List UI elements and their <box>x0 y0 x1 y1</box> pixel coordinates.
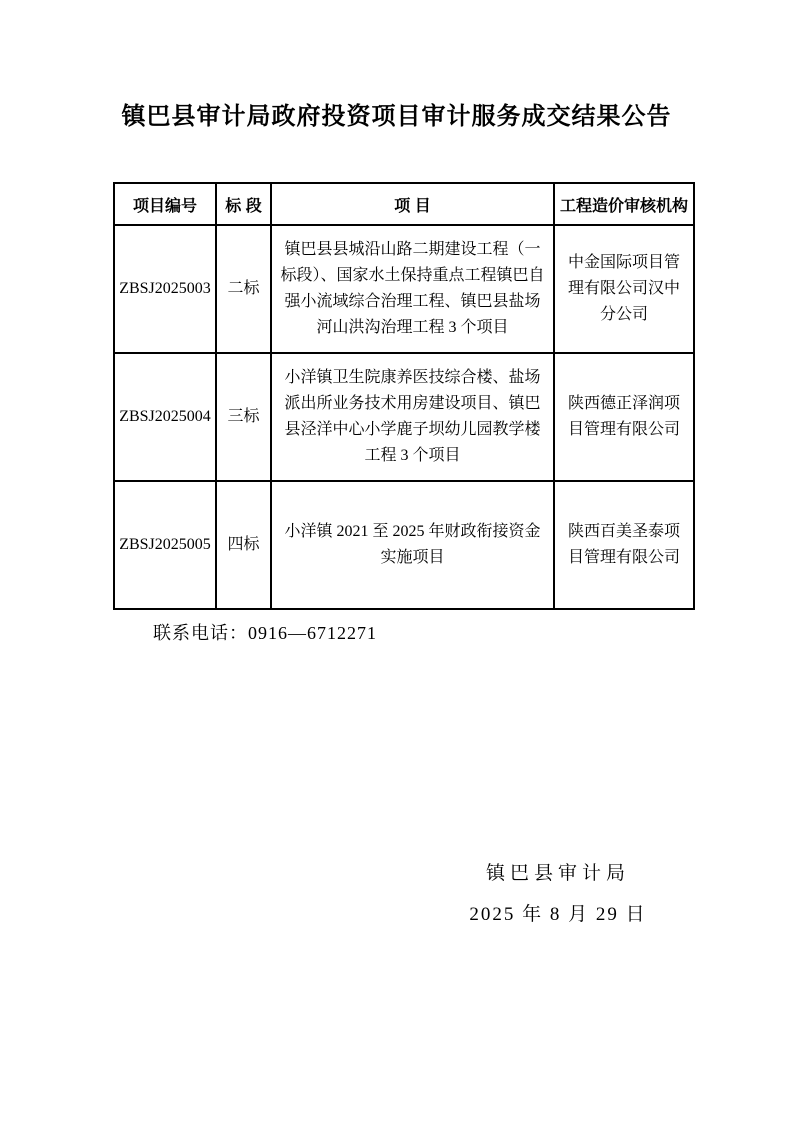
project-name-cell: 小洋镇卫生院康养医技综合楼、盐场派出所业务技术用房建设项目、镇巴县泾洋中心小学鹿… <box>271 353 554 481</box>
table-row: ZBSJ2025004 三标 小洋镇卫生院康养医技综合楼、盐场派出所业务技术用房… <box>114 353 694 481</box>
contact-label: 联系电话： <box>153 623 248 643</box>
issue-date: 2025 年 8 月 29 日 <box>378 902 738 928</box>
document-page: 镇巴县审计局政府投资项目审计服务成交结果公告 项目编号 标 段 项 目 工程造价… <box>0 0 793 1122</box>
results-table: 项目编号 标 段 项 目 工程造价审核机构 ZBSJ2025003 二标 镇巴县… <box>113 182 695 610</box>
table-row: ZBSJ2025005 四标 小洋镇 2021 至 2025 年财政衔接资金实施… <box>114 481 694 609</box>
column-header-bid-section: 标 段 <box>216 183 271 225</box>
agency-cell: 陕西德正泽润项目管理有限公司 <box>554 353 694 481</box>
bid-section-cell: 三标 <box>216 353 271 481</box>
project-code-cell: ZBSJ2025004 <box>114 353 216 481</box>
column-header-cost-review-agency: 工程造价审核机构 <box>554 183 694 225</box>
contact-phone-number: 0916—6712271 <box>248 623 377 643</box>
bid-section-cell: 二标 <box>216 225 271 353</box>
project-code-cell: ZBSJ2025005 <box>114 481 216 609</box>
agency-cell: 陕西百美圣泰项目管理有限公司 <box>554 481 694 609</box>
project-name-cell: 小洋镇 2021 至 2025 年财政衔接资金实施项目 <box>271 481 554 609</box>
column-header-project-code: 项目编号 <box>114 183 216 225</box>
column-header-project: 项 目 <box>271 183 554 225</box>
table-header-row: 项目编号 标 段 项 目 工程造价审核机构 <box>114 183 694 225</box>
contact-line: 联系电话：0916—6712271 <box>153 619 377 645</box>
signature-block: 镇巴县审计局 2025 年 8 月 29 日 <box>378 861 738 928</box>
table-row: ZBSJ2025003 二标 镇巴县县城沿山路二期建设工程（一标段）、国家水土保… <box>114 225 694 353</box>
agency-cell: 中金国际项目管理有限公司汉中分公司 <box>554 225 694 353</box>
issuer-name: 镇巴县审计局 <box>378 861 738 887</box>
bid-section-cell: 四标 <box>216 481 271 609</box>
project-code-cell: ZBSJ2025003 <box>114 225 216 353</box>
project-name-cell: 镇巴县县城沿山路二期建设工程（一标段）、国家水土保持重点工程镇巴自强小流域综合治… <box>271 225 554 353</box>
page-title: 镇巴县审计局政府投资项目审计服务成交结果公告 <box>0 96 793 131</box>
